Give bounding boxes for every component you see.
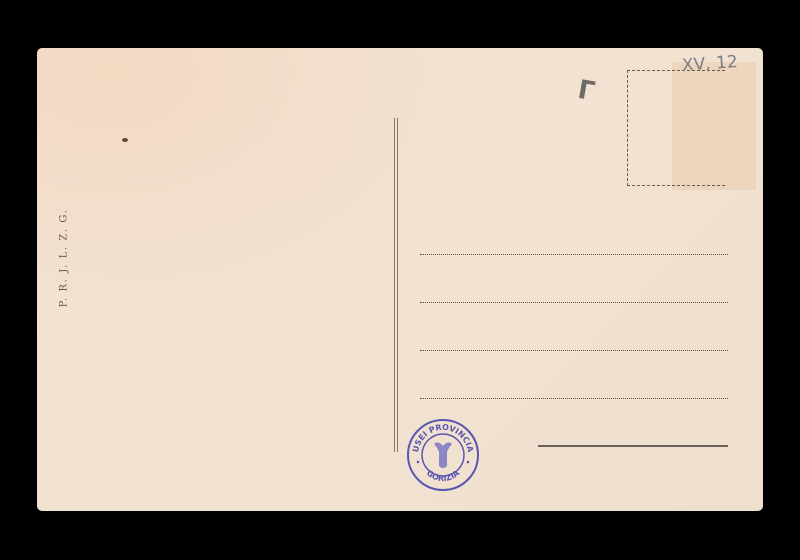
eagle-emblem-icon bbox=[434, 442, 452, 468]
stamp-placeholder-box bbox=[627, 70, 725, 186]
address-line bbox=[420, 302, 728, 303]
pencil-annotation: XV, 12 bbox=[681, 52, 738, 76]
ink-speck bbox=[122, 138, 128, 142]
address-line bbox=[420, 254, 728, 255]
svg-text:GORIZIA: GORIZIA bbox=[425, 468, 462, 483]
address-line-solid bbox=[538, 445, 728, 447]
center-divider-rule bbox=[394, 118, 398, 452]
address-line bbox=[420, 398, 728, 399]
address-line bbox=[420, 350, 728, 351]
publisher-mark: P. R. J. L. Z. G. bbox=[59, 209, 70, 308]
museum-seal-stamp: MUSEI PROVINCIALI GORIZIA bbox=[406, 418, 480, 492]
